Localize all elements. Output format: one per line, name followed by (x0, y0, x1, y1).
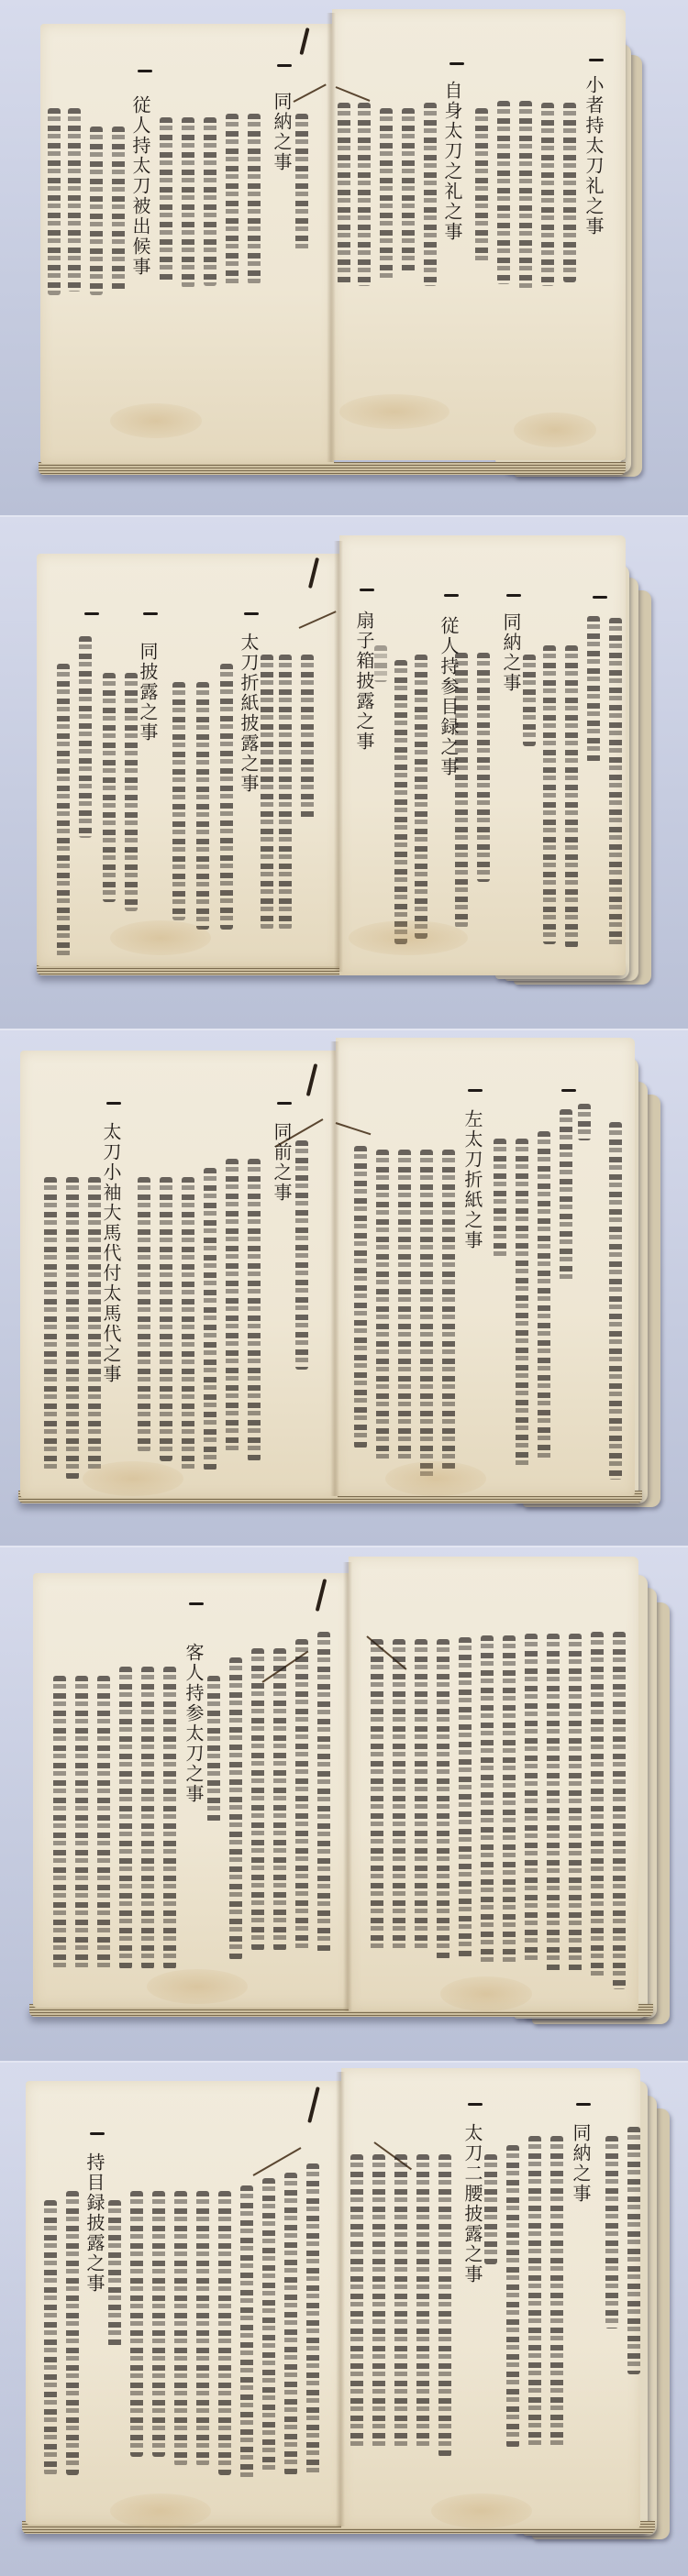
handwritten-text-column (119, 1667, 132, 1969)
section-heading: 同前之事 (272, 1122, 292, 1203)
section-heading: 同披露之事 (138, 642, 158, 743)
item-marker (589, 59, 604, 61)
item-marker (506, 594, 521, 597)
handwritten-text-column (204, 1168, 216, 1470)
item-marker (143, 612, 158, 615)
handwritten-text-column (130, 2191, 143, 2457)
item-marker (106, 1102, 121, 1105)
handwritten-text-column (538, 1131, 550, 1461)
handwritten-text-column (398, 1150, 411, 1461)
handwritten-text-column (141, 1667, 154, 1969)
handwritten-text-column (306, 2163, 319, 2475)
handwritten-text-column (394, 2154, 407, 2448)
handwritten-text-column (374, 645, 387, 682)
handwritten-text-column (125, 673, 138, 911)
handwritten-text-column (459, 1637, 472, 1958)
handwritten-text-column (402, 108, 415, 273)
handwritten-text-column (163, 1667, 176, 1969)
item-marker (468, 2103, 483, 2106)
handwritten-text-column (525, 1634, 538, 1964)
right-page (341, 2068, 640, 2528)
handwritten-text-column (609, 1122, 622, 1480)
handwritten-text-column (44, 1177, 57, 1470)
handwritten-text-column (563, 103, 576, 282)
handwritten-text-column (605, 2136, 618, 2328)
handwritten-text-column (547, 1634, 560, 1973)
handwritten-text-column (350, 2154, 363, 2448)
section-heading: 従人持太刀被出候事 (130, 95, 150, 277)
section-heading: 持目録披露之事 (84, 2152, 105, 2294)
handwritten-text-column (240, 2185, 253, 2479)
handwritten-text-column (420, 1150, 433, 1480)
water-stain (83, 1461, 183, 1496)
handwritten-text-column (523, 655, 536, 746)
handwritten-text-column (273, 1648, 286, 1951)
handwritten-text-column (103, 673, 116, 902)
handwritten-text-column (372, 2154, 385, 2448)
handwritten-text-column (354, 1146, 367, 1448)
section-heading: 小者持太刀礼之事 (583, 75, 604, 237)
handwritten-text-column (218, 2191, 231, 2475)
handwritten-text-column (262, 2178, 275, 2471)
handwritten-text-column (565, 645, 578, 948)
handwritten-text-column (543, 645, 556, 944)
handwritten-text-column (317, 1632, 330, 1953)
handwritten-text-column (481, 1635, 494, 1965)
handwritten-text-column (172, 682, 185, 920)
handwritten-text-column (97, 1676, 110, 1969)
handwritten-text-column (295, 114, 308, 251)
handwritten-text-column (338, 103, 350, 284)
handwritten-text-column (182, 1177, 194, 1470)
handwritten-text-column (160, 117, 172, 282)
handwritten-text-column (528, 2136, 541, 2448)
handwritten-text-column (416, 2154, 429, 2448)
handwritten-text-column (503, 1635, 516, 1965)
handwritten-text-column (112, 127, 125, 292)
handwritten-text-column (226, 1159, 239, 1452)
handwritten-text-column (160, 1177, 172, 1461)
handwritten-text-column (442, 1150, 455, 1470)
handwritten-text-column (371, 1639, 383, 1951)
handwritten-text-column (79, 636, 92, 838)
section-heading: 太刀二腰披露之事 (462, 2123, 483, 2284)
handwritten-text-column (248, 114, 261, 284)
item-marker (277, 1102, 292, 1105)
handwritten-text-column (578, 1104, 591, 1140)
section-heading: 太刀小袖大馬代付太馬代之事 (101, 1122, 121, 1384)
handwritten-text-column (279, 655, 292, 930)
handwritten-text-column (48, 108, 61, 295)
item-marker (90, 2132, 105, 2135)
handwritten-text-column (541, 103, 554, 286)
manuscript-photo-gallery: 小者持太刀礼之事 自身太刀之礼之事 同納之事 従人持太刀被出候事 (0, 0, 688, 2576)
section-heading: 同納之事 (272, 92, 292, 172)
handwritten-text-column (494, 1139, 506, 1258)
handwritten-text-column (550, 2136, 563, 2448)
handwritten-text-column (53, 1676, 66, 1969)
item-marker (244, 612, 259, 615)
handwritten-text-column (90, 127, 103, 295)
handwritten-text-column (220, 664, 233, 930)
water-stain (514, 413, 596, 447)
manuscript-photo-5: 同納之事 太刀二腰披露之事 持目録披露之事 (0, 2063, 688, 2576)
item-marker (189, 1602, 204, 1605)
handwritten-text-column (497, 101, 510, 284)
handwritten-text-column (44, 2200, 57, 2475)
handwritten-text-column (261, 655, 273, 930)
book-gutter (336, 2072, 345, 2526)
section-heading: 左太刀折紙之事 (462, 1109, 483, 1250)
section-heading: 太刀折紙披露之事 (239, 633, 259, 794)
item-marker (561, 1089, 576, 1092)
handwritten-text-column (295, 1140, 308, 1370)
handwritten-text-column (196, 2191, 209, 2466)
handwritten-text-column (138, 1177, 150, 1452)
handwritten-text-column (380, 108, 393, 282)
book-gutter (327, 13, 336, 462)
item-marker (444, 594, 459, 597)
handwritten-text-column (251, 1648, 264, 1951)
section-heading: 客人持参太刀之事 (183, 1643, 204, 1804)
page-block-bottom-edge (39, 462, 626, 475)
handwritten-text-column (248, 1159, 261, 1461)
handwritten-text-column (569, 1634, 582, 1973)
handwritten-text-column (75, 1676, 88, 1969)
water-stain (147, 1969, 248, 2004)
item-marker (277, 64, 292, 67)
water-stain (110, 403, 202, 438)
handwritten-text-column (196, 682, 209, 930)
section-heading: 扇子箱披露之事 (354, 611, 374, 752)
handwritten-text-column (204, 117, 216, 286)
handwritten-text-column (284, 2173, 297, 2475)
handwritten-text-column (519, 101, 532, 290)
handwritten-text-column (301, 655, 314, 820)
handwritten-text-column (376, 1150, 389, 1461)
handwritten-text-column (108, 2200, 121, 2347)
handwritten-text-column (591, 1632, 604, 1980)
item-marker (360, 589, 374, 591)
handwritten-text-column (358, 103, 371, 286)
item-marker (468, 1089, 483, 1092)
handwritten-text-column (484, 2154, 497, 2264)
section-heading: 同納之事 (571, 2123, 591, 2204)
item-marker (576, 2103, 591, 2106)
handwritten-text-column (394, 660, 407, 944)
handwritten-text-column (207, 1676, 220, 1822)
item-marker (593, 596, 607, 599)
handwritten-text-column (226, 114, 239, 286)
water-stain (110, 920, 211, 955)
handwritten-text-column (57, 664, 70, 957)
handwritten-text-column (506, 2145, 519, 2448)
manuscript-photo-1: 小者持太刀礼之事 自身太刀之礼之事 同納之事 従人持太刀被出候事 (0, 0, 688, 515)
item-marker (138, 70, 152, 72)
handwritten-text-column (560, 1109, 572, 1283)
section-heading: 自身太刀之礼之事 (442, 81, 462, 242)
handwritten-text-column (393, 1639, 405, 1951)
water-stain (339, 394, 449, 429)
item-marker (449, 62, 464, 65)
book-gutter (330, 1041, 339, 1496)
handwritten-text-column (174, 2191, 187, 2466)
manuscript-photo-2: 同納之事 従人持参目録之事 扇子箱披露之事 太刀折紙披露之事 同披露之事 (0, 517, 688, 1029)
handwritten-text-column (587, 616, 600, 763)
water-stain (440, 1976, 532, 2011)
handwritten-text-column (295, 1639, 308, 1951)
manuscript-photo-3: 左太刀折紙之事 同前之事 太刀小袖大馬代付太馬代之事 (0, 1030, 688, 1546)
handwritten-text-column (66, 1177, 79, 1480)
water-stain (431, 2493, 532, 2528)
handwritten-text-column (475, 108, 488, 264)
handwritten-text-column (415, 1639, 427, 1951)
handwritten-text-column (88, 1177, 101, 1470)
water-stain (349, 920, 468, 955)
water-stain (385, 1461, 486, 1496)
handwritten-text-column (152, 2191, 165, 2457)
handwritten-text-column (477, 653, 490, 882)
book-gutter (343, 1562, 352, 2011)
handwritten-text-column (229, 1657, 242, 1960)
section-heading: 同納之事 (501, 612, 521, 693)
handwritten-text-column (516, 1139, 528, 1469)
item-marker (84, 612, 99, 615)
book-gutter (334, 541, 343, 972)
handwritten-text-column (66, 2191, 79, 2475)
handwritten-text-column (424, 103, 437, 286)
manuscript-photo-4: 客人持参太刀之事 (0, 1547, 688, 2061)
handwritten-text-column (182, 117, 194, 288)
handwritten-text-column (438, 2154, 451, 2457)
handwritten-text-column (609, 618, 622, 948)
handwritten-text-column (455, 653, 468, 928)
handwritten-text-column (627, 2127, 640, 2374)
water-stain (110, 2493, 211, 2528)
handwritten-text-column (613, 1632, 626, 1989)
handwritten-text-column (68, 108, 81, 292)
handwritten-text-column (415, 655, 427, 939)
handwritten-text-column (437, 1639, 449, 1960)
